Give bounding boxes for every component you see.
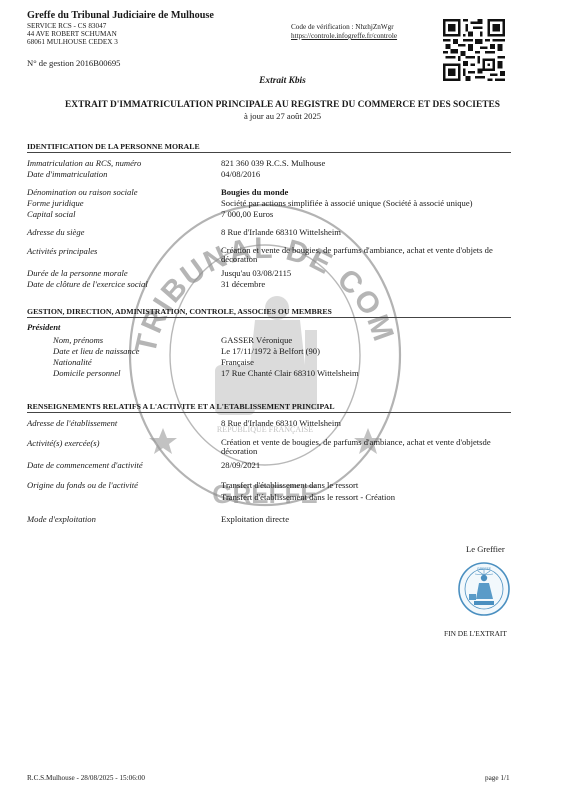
field-value: 17 Rue Chanté Clair 68310 Wittelsheim <box>221 368 521 378</box>
field-label: Activités principales <box>27 246 97 256</box>
field-label: Immatriculation au RCS, numéro <box>27 158 141 168</box>
section-activite-header: RENSEIGNEMENTS RELATIFS A L'ACTIVITE ET … <box>27 402 511 413</box>
field-label: Forme juridique <box>27 198 84 208</box>
extrait-title: Extrait Kbis <box>0 76 565 87</box>
field-label: Nationalité <box>53 357 92 367</box>
gestion-number: N° de gestion 2016B00695 <box>27 58 120 68</box>
field-value: 8 Rue d'Irlande 68310 Wittelsheim <box>221 418 521 428</box>
section-gestion-header: GESTION, DIRECTION, ADMINISTRATION, CONT… <box>27 307 511 318</box>
field-label: Date et lieu de naissance <box>53 346 139 356</box>
svg-text:GREFFE: GREFFE <box>477 567 492 571</box>
field-value: Jusqu'au 03/08/2115 <box>221 268 521 278</box>
qr-code-icon <box>443 18 505 82</box>
end-of-extract: FIN DE L'EXTRAIT <box>444 630 507 639</box>
field-value: Transfert d'établissement dans le ressor… <box>221 492 521 502</box>
field-label: Date de clôture de l'exercice social <box>27 279 148 289</box>
field-label: Dénomination ou raison sociale <box>27 187 138 197</box>
footer-rcs-timestamp: R.C.S.Mulhouse - 28/08/2025 - 15:06:00 <box>27 774 145 783</box>
field-label: Date de commencement d'activité <box>27 460 143 470</box>
greffe-seal-icon: GREFFE <box>457 561 511 617</box>
field-label: Durée de la personne morale <box>27 268 128 278</box>
field-value: 04/08/2016 <box>221 169 521 179</box>
field-value: Transfert d'établissement dans le ressor… <box>221 480 521 490</box>
page-subtitle: à jour au 27 août 2025 <box>0 111 565 121</box>
field-value: 31 décembre <box>221 279 521 289</box>
field-value: Société par actions simplifiée à associé… <box>221 198 521 208</box>
section-identification-header: IDENTIFICATION DE LA PERSONNE MORALE <box>27 142 511 153</box>
greffe-address-line: 68061 MULHOUSE CEDEX 3 <box>27 38 118 47</box>
field-value: Le 17/11/1972 à Belfort (90) <box>221 346 521 356</box>
company-name: Bougies du monde <box>221 187 521 197</box>
role-president: Président <box>27 322 60 332</box>
field-value: Française <box>221 357 521 367</box>
field-label: Mode d'exploitation <box>27 514 96 524</box>
greffier-label: Le Greffier <box>466 544 505 554</box>
greffe-name: Greffe du Tribunal Judiciaire de Mulhous… <box>27 10 214 22</box>
field-label: Adresse du siège <box>27 227 84 237</box>
page-number: page 1/1 <box>485 774 510 783</box>
field-label: Domicile personnel <box>53 368 121 378</box>
verification-code: Code de vérification : NhzhjZnWgr <box>291 23 394 32</box>
field-label: Origine du fonds ou de l'activité <box>27 480 138 490</box>
field-value: Création et vente de bougies, de parfums… <box>221 438 516 456</box>
verification-link[interactable]: https://controle.infogreffe.fr/controle <box>291 32 397 41</box>
field-label: Capital social <box>27 209 75 219</box>
field-value: 28/09/2021 <box>221 460 521 470</box>
field-value: 8 Rue d'Irlande 68310 Wittelsheim <box>221 227 521 237</box>
field-label: Activité(s) exercée(s) <box>27 438 99 448</box>
field-label: Date d'immatriculation <box>27 169 107 179</box>
field-value: Création et vente de bougies, de parfums… <box>221 246 516 264</box>
field-value: 7 000,00 Euros <box>221 209 521 219</box>
page-title: EXTRAIT D'IMMATRICULATION PRINCIPALE AU … <box>0 100 565 111</box>
field-value: GASSER Véronique <box>221 335 521 345</box>
field-label: Adresse de l'établissement <box>27 418 117 428</box>
field-label: Nom, prénoms <box>53 335 103 345</box>
field-value: 821 360 039 R.C.S. Mulhouse <box>221 158 521 168</box>
field-value: Exploitation directe <box>221 514 521 524</box>
